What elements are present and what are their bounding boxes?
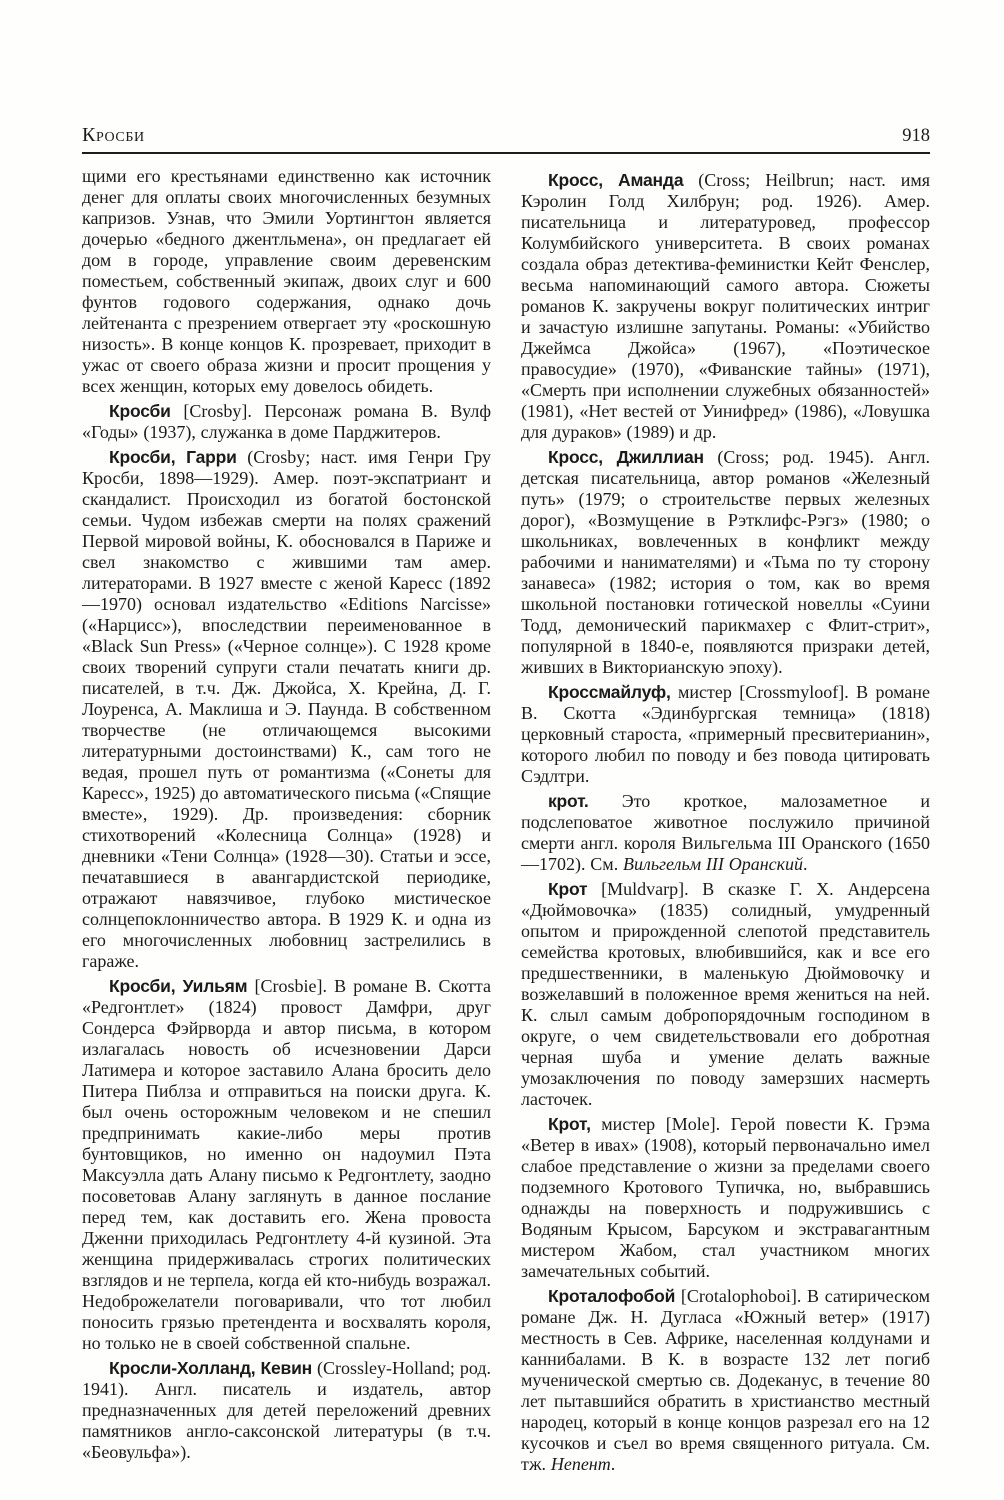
continuation-paragraph: щими его крестьянами единственно как ист… [82, 166, 491, 397]
dictionary-entry: Крот, мистер [Mole]. Герой повести К. Гр… [521, 1114, 930, 1282]
dictionary-page: Кросби 918 щими его крестьянами единстве… [0, 0, 1004, 1500]
text-column-left: щими его крестьянами единственно как ист… [82, 166, 491, 1475]
entry-text: щими его крестьянами единственно как ист… [82, 166, 491, 396]
entry-text: (Cross; Heilbrun; наст. имя Кэролин Голд… [521, 170, 930, 442]
entry-text: [Crotalophoboi]. В сатирическом романе Д… [521, 1286, 930, 1474]
dictionary-entry: Кросби, Уильям [Crosbie]. В романе В. Ск… [82, 976, 491, 1354]
entry-headword: Кросс, Аманда [548, 170, 683, 190]
dictionary-entry: Кросли-Холланд, Кевин (Crossley-Holland;… [82, 1358, 491, 1463]
dictionary-entry: Кросби [Crosby]. Персонаж романа В. Вулф… [82, 401, 491, 443]
cross-reference: Непент [551, 1454, 611, 1474]
entry-text: . [803, 854, 808, 874]
entry-headword: Кросби, Гарри [109, 447, 237, 467]
page-number: 918 [902, 125, 930, 147]
dictionary-entry: Крот [Muldvarp]. В сказке Г. Х. Андерсен… [521, 879, 930, 1110]
page-body: щими его крестьянами единственно как ист… [82, 166, 930, 1475]
entry-text: . [611, 1454, 616, 1474]
entry-headword: Кроталофобой [548, 1286, 675, 1306]
cross-reference: Вильгельм III Оранский [623, 854, 803, 874]
dictionary-entry: Кроталофобой [Crotalophoboi]. В сатириче… [521, 1286, 930, 1475]
entry-headword: Крот, [548, 1114, 591, 1134]
entry-headword: Крот [548, 879, 587, 899]
text-column-right: Кросс, Аманда (Cross; Heilbrun; наст. им… [521, 166, 930, 1475]
entry-text: мистер [Mole]. Герой повести К. Грэма «В… [521, 1114, 930, 1281]
entry-text: (Crosby; наст. имя Генри Гру Кросби, 189… [82, 447, 491, 971]
entry-headword: крот. [548, 791, 589, 811]
page-header: Кросби 918 [82, 124, 930, 147]
entry-headword: Кросби [109, 401, 171, 421]
entry-headword: Кросли-Холланд, Кевин [109, 1358, 312, 1378]
entry-headword: Кроссмайлуф, [548, 682, 671, 702]
running-title: Кросби [82, 124, 145, 146]
entry-text: (Cross; род. 1945). Англ. детская писате… [521, 447, 930, 677]
dictionary-entry: Кросби, Гарри (Crosby; наст. имя Генри Г… [82, 447, 491, 972]
dictionary-entry: Кросс, Джиллиан (Cross; род. 1945). Англ… [521, 447, 930, 678]
entry-headword: Кросби, Уильям [109, 976, 247, 996]
header-rule [82, 152, 930, 154]
dictionary-entry: Кросс, Аманда (Cross; Heilbrun; наст. им… [521, 170, 930, 443]
entry-text: [Crosbie]. В романе В. Скотта «Редгонтле… [82, 976, 491, 1353]
entry-headword: Кросс, Джиллиан [548, 447, 704, 467]
dictionary-entry: крот. Это кроткое, малозаметное и подсле… [521, 791, 930, 875]
dictionary-entry: Кроссмайлуф, мистер [Crossmyloof]. В ром… [521, 682, 930, 787]
entry-text: [Muldvarp]. В сказке Г. Х. Андерсена «Дю… [521, 879, 930, 1109]
